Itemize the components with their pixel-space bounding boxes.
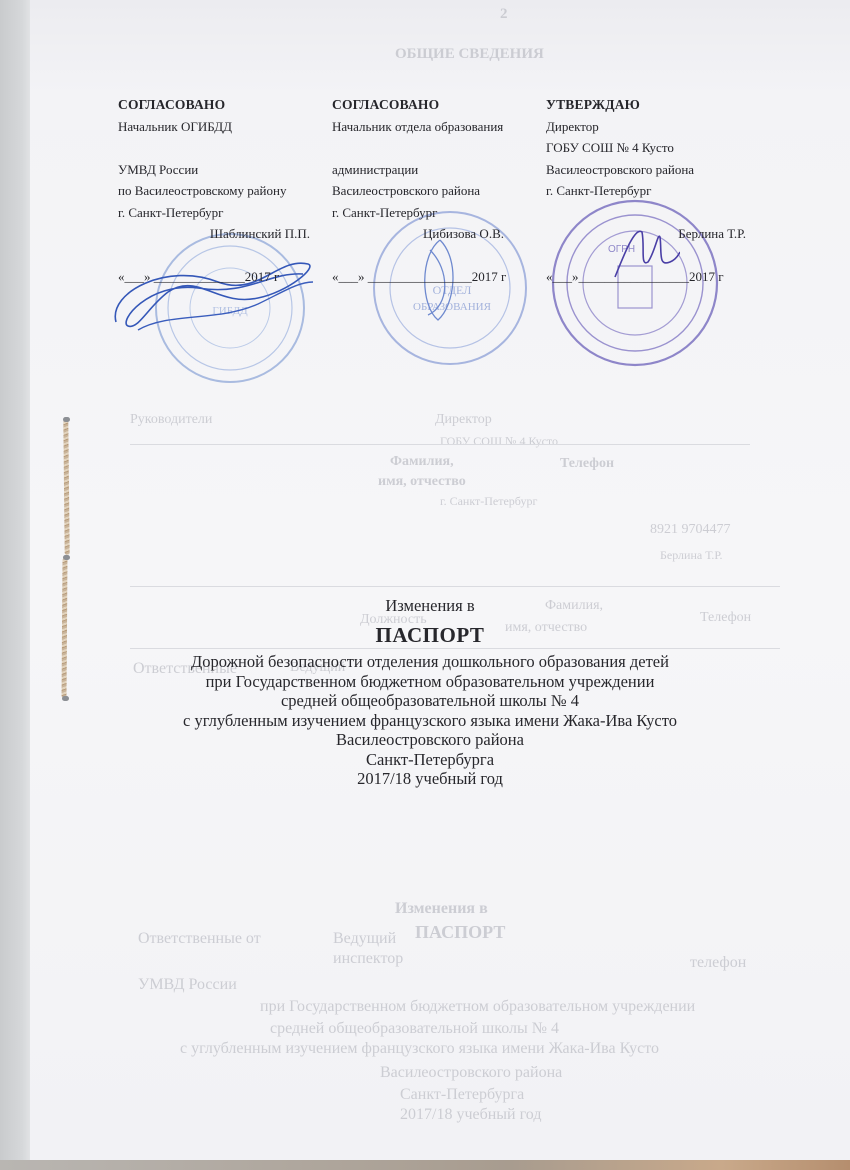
date-day-blank: «___» (546, 269, 579, 284)
bleed-fragment: Директор (435, 412, 492, 428)
approval-line: ГОБУ СОШ № 4 Кусто (546, 137, 746, 159)
bleed-fragment: Ведущий (333, 930, 396, 948)
title-line: Дорожной безопасности отделения дошкольн… (120, 652, 740, 672)
binding-hole-top (63, 417, 70, 422)
approval-heading: УТВЕРЖДАЮ (546, 94, 746, 116)
bleed-fragment: г. Санкт-Петербург (440, 494, 537, 509)
bleed-fragment: 2017/18 учебный год (400, 1106, 541, 1124)
bleed-fragment: имя, отчество (378, 474, 466, 490)
approval-line: г. Санкт-Петербург (118, 202, 318, 224)
title-prefix: Изменения в (120, 594, 740, 618)
approval-heading: СОГЛАСОВАНО (118, 94, 318, 116)
bleed-fragment: средней общеобразовательной школы № 4 (270, 1020, 559, 1038)
page-title: ПАСПОРТ (120, 618, 740, 652)
date-month-blank: ________________ (368, 269, 472, 284)
approval-line: Василеостровского района (546, 159, 746, 181)
bleed-fragment: телефон (690, 954, 746, 972)
approval-block-education: СОГЛАСОВАНО Начальник отдела образования… (332, 94, 532, 288)
binding-string-lower (62, 558, 68, 698)
bleed-fragment: ПАСПОРТ (415, 922, 505, 943)
title-line: с углубленным изучением французского язы… (120, 711, 740, 731)
date-day-blank: «___» (118, 269, 151, 284)
bleed-fragment: Руководители (130, 412, 212, 428)
title-line: Василеостровского района (120, 730, 740, 750)
bleed-fragment: УМВД России (138, 976, 237, 994)
scan-bottom-edge (0, 1160, 850, 1170)
date-year: 2017 г (689, 269, 724, 284)
signatory-name: Цибизова О.В. (332, 223, 532, 245)
title-line: при Государственном бюджетном образовате… (120, 672, 740, 692)
approval-block-gibdd: СОГЛАСОВАНО Начальник ОГИБДД УМВД России… (118, 94, 318, 288)
date-day-blank: «___» (332, 269, 365, 284)
bleed-heading: ОБЩИЕ СВЕДЕНИЯ (395, 46, 544, 63)
title-line: Санкт-Петербурга (120, 750, 740, 770)
approval-date: «___»_________________2017 г (546, 266, 746, 288)
scan-left-edge (0, 0, 32, 1170)
approval-date: «___» ______________2017 г (118, 266, 318, 288)
bleed-fragment: с углубленным изучением французского язы… (180, 1040, 659, 1058)
date-year: 2017 г (245, 269, 280, 284)
bleed-fragment: Берлина Т.Р. (660, 548, 723, 563)
bleed-fragment: Изменения в (395, 900, 488, 918)
document-title-block: Изменения в ПАСПОРТ Дорожной безопасност… (120, 594, 740, 789)
date-month-blank: _________________ (579, 269, 690, 284)
approval-line: г. Санкт-Петербург (332, 202, 532, 224)
bleed-fragment: при Государственном бюджетном образовате… (260, 998, 695, 1016)
approval-line (118, 137, 318, 159)
bleed-fragment: инспектор (333, 950, 403, 968)
approval-date: «___» ________________2017 г (332, 266, 532, 288)
approval-line: Директор (546, 116, 746, 138)
date-year: 2017 г (472, 269, 507, 284)
approval-line: УМВД России (118, 159, 318, 181)
signatory-name: Берлина Т.Р. (546, 223, 746, 245)
bleed-fragment: Василеостровского района (380, 1064, 562, 1082)
bleed-table-line (130, 444, 750, 445)
academic-year: 2017/18 учебный год (120, 769, 740, 789)
bleed-fragment: Телефон (560, 456, 614, 472)
approval-line (546, 202, 746, 224)
approval-line: г. Санкт-Петербург (546, 180, 746, 202)
approval-line: Начальник отдела образования (332, 116, 532, 138)
bleed-fragment: 8921 9704477 (650, 522, 731, 538)
bleed-fragment: Санкт-Петербурга (400, 1086, 524, 1104)
approval-block-director: УТВЕРЖДАЮ Директор ГОБУ СОШ № 4 Кусто Ва… (546, 94, 746, 288)
approval-line: по Василеостровскому району (118, 180, 318, 202)
bleed-page-number: 2 (500, 6, 508, 23)
signatory-name: Шаблинский П.П. (118, 223, 318, 245)
bleed-fragment: Фамилия, (390, 454, 454, 470)
approval-heading: СОГЛАСОВАНО (332, 94, 532, 116)
date-month-blank: ______________ (154, 269, 245, 284)
bleed-table-line (130, 586, 780, 587)
binding-hole-middle (63, 555, 70, 560)
binding-hole-bottom (62, 696, 69, 701)
approval-line: Василеостровского района (332, 180, 532, 202)
approval-line: администрации (332, 159, 532, 181)
bleed-fragment: Ответственные от (138, 930, 261, 948)
title-line: средней общеобразовательной школы № 4 (120, 691, 740, 711)
approval-line (332, 137, 532, 159)
bleed-fragment: ГОБУ СОШ № 4 Кусто (440, 434, 558, 449)
approval-line: Начальник ОГИБДД (118, 116, 318, 138)
